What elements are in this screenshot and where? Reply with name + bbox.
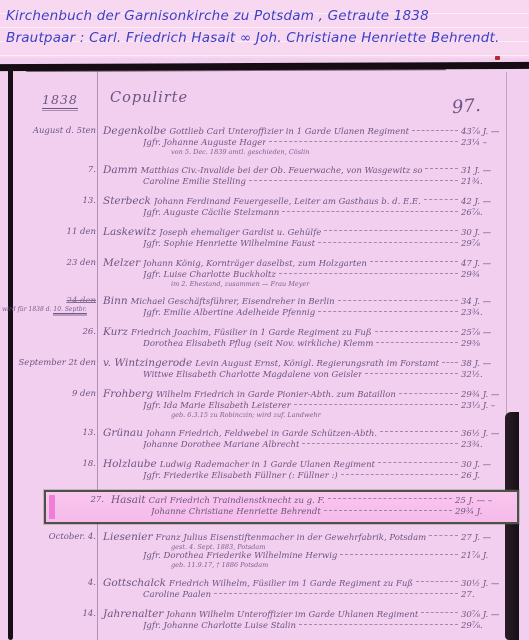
- groom-text: Ludwig Rademacher in 1 Garde Ulanen Regi…: [160, 460, 375, 471]
- groom-line: v. WintzingerodeLevin August Ernst, Köni…: [103, 358, 519, 370]
- dash-leader: [412, 130, 458, 131]
- bride-line: Jgfr. Luise Charlotte Buckholtz29¾: [103, 270, 519, 281]
- dash-leader: [416, 581, 458, 582]
- dash-leader: [318, 311, 458, 312]
- groom-surname: Kurz: [103, 327, 128, 338]
- age-value: 29⅞.: [461, 621, 519, 632]
- dash-leader: [302, 443, 458, 444]
- bride-line: Wittwe Elisabeth Charlotte Magdalene von…: [103, 370, 519, 381]
- register-page: 97. 1838 Copulirte August d. 5tenDegenko…: [0, 58, 529, 640]
- entry-date-cell: 11 den: [14, 227, 103, 238]
- groom-surname: Laskewitz: [103, 227, 156, 238]
- dash-leader: [429, 535, 458, 536]
- groom-line: LiesenierFranz Julius Eisenstiftenmacher…: [103, 532, 519, 544]
- dash-leader: [424, 199, 458, 200]
- age-value: 23¼ –: [461, 138, 519, 149]
- entry-date-cell: 27.: [56, 495, 111, 506]
- age-value: 25 J. — –: [455, 496, 513, 507]
- entry-date-cell: September 2t den: [14, 358, 103, 369]
- age-value: 27 J. —: [461, 533, 519, 544]
- register-entry: 7.DammMatthias Civ.-Invalide bei der Ob.…: [14, 165, 519, 188]
- bride-text: Jgfr. Ida Marie Elisabeth Leisterer: [143, 401, 291, 412]
- entry-date-cell: 23 den: [14, 258, 103, 269]
- bride-text: Caroline Paalen: [143, 590, 211, 601]
- groom-text: Wilhelm Friedrich in Garde Pionier-Abth.…: [156, 390, 396, 401]
- groom-text: Friedrich Joachim, Füsilier in 1 Garde R…: [131, 328, 372, 339]
- groom-surname: Binn: [103, 296, 128, 307]
- entry-subnote: geb. 11.9.17, † 1886 Potsdam: [103, 562, 519, 570]
- entry-body: MelzerJohann König, Kornträger daselbst,…: [103, 258, 519, 289]
- groom-line: MelzerJohann König, Kornträger daselbst,…: [103, 258, 519, 270]
- age-value: 38 J. —: [461, 359, 519, 370]
- groom-surname: Damm: [103, 165, 138, 176]
- groom-text: Friedrich Wilhelm, Füsilier im 1 Garde R…: [169, 579, 413, 590]
- register-entry: 23 denMelzerJohann König, Kornträger das…: [14, 258, 519, 289]
- entry-date: September 2t den: [18, 358, 96, 368]
- entry-date: 24 den: [67, 296, 96, 306]
- age-value: 21⅞ J.: [461, 551, 519, 562]
- groom-text: Johann König, Kornträger daselbst, zum H…: [143, 259, 367, 270]
- page-number: 97.: [451, 95, 481, 118]
- bride-line: Jgfr. Auguste Cäcilie Stelzmann26⅞.: [103, 208, 519, 219]
- bride-line: Jgfr. Friederike Elisabeth Füllner (: Fü…: [103, 471, 519, 482]
- bride-text: Jgfr. Johanne Auguste Hager: [143, 138, 266, 149]
- groom-line: GrünauJohann Friedrich, Feldwebel in Gar…: [103, 428, 519, 440]
- age-value: 23¾.: [461, 440, 519, 451]
- groom-line: GottschalckFriedrich Wilhelm, Füsilier i…: [103, 578, 519, 590]
- entry-date-cell: October. 4.: [14, 532, 103, 543]
- groom-surname: Frohberg: [103, 389, 153, 400]
- entry-subnote: gest. 4. Sept. 1883, Potsdam: [103, 544, 519, 552]
- entry-body: GrünauJohann Friedrich, Feldwebel in Gar…: [103, 428, 519, 451]
- groom-surname: Hasait: [111, 495, 146, 506]
- margin-note-date: 10. Septbr.: [53, 306, 86, 314]
- age-value: 31 J. —: [461, 166, 519, 177]
- age-value: 30 J. —: [461, 460, 519, 471]
- bride-line: Jgfr. Dorothea Friederike Wilhelmine Her…: [103, 551, 519, 562]
- groom-surname: Sterbeck: [103, 196, 151, 207]
- bride-line: Dorothea Elisabeth Pflug (seit Nov. wirk…: [103, 339, 519, 350]
- bride-text: Johanne Dorothee Mariane Albrecht: [143, 440, 299, 451]
- bride-text: Jgfr. Sophie Henriette Wilhelmine Faust: [143, 239, 315, 250]
- register-entry: 13.SterbeckJohann Ferdinand Feuergeselle…: [14, 196, 519, 219]
- entry-body: SterbeckJohann Ferdinand Feuergeselle, L…: [103, 196, 519, 219]
- bride-text: Wittwe Elisabeth Charlotte Magdalene von…: [143, 370, 362, 381]
- age-value: 43⅞ J. —: [461, 127, 519, 138]
- bride-text: Jgfr. Auguste Cäcilie Stelzmann: [143, 208, 279, 219]
- age-value: 29¾ J. —: [461, 390, 519, 401]
- groom-surname: Liesenier: [103, 532, 153, 543]
- entry-date-cell: 13.: [14, 428, 103, 439]
- bride-line: Caroline Emilie Stelling21¾.: [103, 177, 519, 188]
- dash-leader: [282, 211, 458, 212]
- entry-date: 4.: [88, 578, 96, 588]
- register-entry: 14.JahrenalterJohann Wilhelm Unteroffizi…: [14, 609, 519, 632]
- entry-body: HasaitCarl Friedrich Traindienstknecht z…: [111, 495, 513, 518]
- entry-body: v. WintzingerodeLevin August Ernst, Köni…: [103, 358, 519, 381]
- entry-date: 13.: [82, 196, 96, 206]
- register-entry: 18.HolzlaubeLudwig Rademacher in 1 Garde…: [14, 459, 519, 482]
- entry-date-cell: 14.: [14, 609, 103, 620]
- bride-text: Jgfr. Johanne Charlotte Luise Stalin: [143, 621, 296, 632]
- bride-text: Dorothea Elisabeth Pflug (seit Nov. wirk…: [143, 339, 373, 350]
- dash-leader: [341, 474, 458, 475]
- entry-date-cell: 24 denwird für 1838 d. 10. Septbr.: [14, 296, 103, 307]
- entry-date: 26.: [82, 327, 96, 337]
- register-entry: 11 denLaskewitzJoseph ehemaliger Gardist…: [14, 227, 519, 250]
- age-value: 25⅞ —: [461, 328, 519, 339]
- annotation-strip: Kirchenbuch der Garnisonkirche zu Potsda…: [0, 0, 529, 58]
- bride-line: Jgfr. Johanne Charlotte Luise Stalin29⅞.: [103, 621, 519, 632]
- dash-leader: [375, 331, 458, 332]
- groom-line: DammMatthias Civ.-Invalide bei der Ob. F…: [103, 165, 519, 177]
- age-value: 23⅓ J. –: [461, 401, 519, 412]
- groom-text: Franz Julius Eisenstiftenmacher in der G…: [156, 533, 427, 544]
- groom-line: KurzFriedrich Joachim, Füsilier in 1 Gar…: [103, 327, 519, 339]
- groom-line: LaskewitzJoseph ehemaliger Gardist u. Ge…: [103, 227, 519, 239]
- dash-leader: [380, 431, 458, 432]
- entry-date-cell: 26.: [14, 327, 103, 338]
- dash-leader: [249, 180, 458, 181]
- entry-date-cell: 18.: [14, 459, 103, 470]
- entry-subnote: geb. 6.3.15 zu Robinczin; wird zuf. Land…: [103, 412, 519, 420]
- register-entry: 26.KurzFriedrich Joachim, Füsilier in 1 …: [14, 327, 519, 350]
- entry-body: DegenkolbeGottlieb Carl Unteroffizier in…: [103, 126, 519, 157]
- entry-subnote: im 2. Ehestand, zusammen — Frau Meyer: [103, 281, 519, 289]
- groom-surname: Melzer: [103, 258, 140, 269]
- groom-line: HolzlaubeLudwig Rademacher in 1 Garde Ul…: [103, 459, 519, 471]
- entry-date: 11 den: [67, 227, 96, 237]
- age-value: 29⅜: [461, 339, 519, 350]
- annotation-line-2: Brautpaar : Carl. Friedrich Hasait ∞ Joh…: [6, 27, 529, 49]
- groom-text: Levin August Ernst, Königl. Regierungsra…: [195, 359, 439, 370]
- entry-body: JahrenalterJohann Wilhelm Unteroffizier …: [103, 609, 519, 632]
- entry-date: 7.: [88, 165, 96, 175]
- age-value: 23¾.: [461, 308, 519, 319]
- age-value: 47 J. —: [461, 259, 519, 270]
- groom-text: Carl Friedrich Traindienstknecht zu g. F…: [149, 496, 325, 507]
- register-entry: August d. 5tenDegenkolbeGottlieb Carl Un…: [14, 126, 519, 157]
- groom-text: Gottlieb Carl Unteroffizier in 1 Garde U…: [169, 127, 409, 138]
- entry-date-cell: 13.: [14, 196, 103, 207]
- bride-line: Jgfr. Johanne Auguste Hager23¼ –: [103, 138, 519, 149]
- groom-line: JahrenalterJohann Wilhelm Unteroffizier …: [103, 609, 519, 621]
- bride-text: Jgfr. Dorothea Friederike Wilhelmine Her…: [143, 551, 337, 562]
- dash-leader: [299, 624, 458, 625]
- age-value: 32½.: [461, 370, 519, 381]
- groom-line: FrohbergWilhelm Friedrich in Garde Pioni…: [103, 389, 519, 401]
- age-value: 29⅞: [461, 239, 519, 250]
- year-heading: 1838: [42, 92, 78, 109]
- entry-date: 27.: [90, 495, 104, 505]
- entry-body: KurzFriedrich Joachim, Füsilier in 1 Gar…: [103, 327, 519, 350]
- dash-leader: [338, 300, 458, 301]
- groom-surname: Grünau: [103, 428, 143, 439]
- register-entry: 9 denFrohbergWilhelm Friedrich in Garde …: [14, 389, 519, 420]
- dash-leader: [328, 498, 452, 499]
- dash-leader: [442, 362, 458, 363]
- bride-text: Johanne Christiane Henriette Behrendt: [151, 507, 321, 518]
- entry-date-cell: 4.: [14, 578, 103, 589]
- entry-date: August d. 5ten: [33, 126, 96, 136]
- age-value: 34 J. —: [461, 297, 519, 308]
- groom-text: Joseph ehemaliger Gardist u. Gehülfe: [159, 228, 321, 239]
- entry-date-cell: August d. 5ten: [14, 126, 103, 137]
- dash-leader: [324, 510, 452, 511]
- groom-text: Johann Ferdinand Feuergeselle, Leiter am…: [154, 197, 421, 208]
- margin-note: wird für 1838 d. 10. Septbr.: [2, 306, 98, 313]
- entry-body: HolzlaubeLudwig Rademacher in 1 Garde Ul…: [103, 459, 519, 482]
- page-title: Copulirte: [110, 90, 188, 106]
- entry-body: FrohbergWilhelm Friedrich in Garde Pioni…: [103, 389, 519, 420]
- entry-date-cell: 9 den: [14, 389, 103, 400]
- entry-body: LiesenierFranz Julius Eisenstiftenmacher…: [103, 532, 519, 570]
- age-value: 26⅞.: [461, 208, 519, 219]
- bride-text: Jgfr. Luise Charlotte Buckholtz: [143, 270, 276, 281]
- age-value: 42 J. —: [461, 197, 519, 208]
- age-value: 30½ J. —: [461, 579, 519, 590]
- bride-line: Caroline Paalen27.: [103, 590, 519, 601]
- age-value: 29¾: [461, 270, 519, 281]
- scanned-church-register-screenshot: Kirchenbuch der Garnisonkirche zu Potsda…: [0, 0, 529, 640]
- groom-line: BinnMichael Geschäftsführer, Eisendreher…: [103, 296, 519, 308]
- groom-line: DegenkolbeGottlieb Carl Unteroffizier in…: [103, 126, 519, 138]
- bride-line: Jgfr. Ida Marie Elisabeth Leisterer23⅓ J…: [103, 401, 519, 412]
- entries-list: August d. 5tenDegenkolbeGottlieb Carl Un…: [14, 126, 519, 640]
- register-entry: 4.GottschalckFriedrich Wilhelm, Füsilier…: [14, 578, 519, 601]
- entry-date: 18.: [82, 459, 96, 469]
- bride-text: Caroline Emilie Stelling: [143, 177, 246, 188]
- groom-surname: Jahrenalter: [103, 609, 163, 620]
- bride-line: Johanne Dorothee Mariane Albrecht23¾.: [103, 440, 519, 451]
- dash-leader: [279, 273, 458, 274]
- entry-date: 13.: [82, 428, 96, 438]
- dash-leader: [399, 393, 458, 394]
- entry-date: 9 den: [72, 389, 96, 399]
- age-value: 27.: [461, 590, 519, 601]
- dash-leader: [269, 141, 458, 142]
- groom-line: SterbeckJohann Ferdinand Feuergeselle, L…: [103, 196, 519, 208]
- dash-leader: [318, 242, 458, 243]
- age-value: 30 J. —: [461, 228, 519, 239]
- dash-leader: [370, 261, 458, 262]
- red-ink-dot: [495, 56, 500, 60]
- dash-leader: [376, 342, 458, 343]
- dash-leader: [425, 168, 458, 169]
- bride-line: Johanne Christiane Henriette Behrendt29¾…: [111, 507, 513, 518]
- groom-text: Johann Wilhelm Unteroffizier im Garde Uh…: [166, 610, 418, 621]
- bride-line: Jgfr. Emilie Albertine Adelheide Pfennig…: [103, 308, 519, 319]
- groom-surname: v. Wintzingerode: [103, 358, 192, 369]
- dash-leader: [378, 462, 458, 463]
- age-value: 26 J.: [461, 471, 519, 482]
- age-value: 29¾ J.: [455, 507, 513, 518]
- dash-leader: [340, 554, 458, 555]
- entry-date-cell: 7.: [14, 165, 103, 176]
- margin-note-text: wird für 1838 d.: [2, 306, 53, 313]
- bride-line: Jgfr. Sophie Henriette Wilhelmine Faust2…: [103, 239, 519, 250]
- dash-leader: [294, 404, 458, 405]
- age-value: 21¾.: [461, 177, 519, 188]
- register-entry: 27.HasaitCarl Friedrich Traindienstknech…: [44, 490, 519, 524]
- age-value: 30⅞ J. —: [461, 610, 519, 621]
- groom-text: Michael Geschäftsführer, Eisendreher in …: [131, 297, 335, 308]
- entry-date: 23 den: [67, 258, 96, 268]
- bride-text: Jgfr. Emilie Albertine Adelheide Pfennig: [143, 308, 315, 319]
- age-value: 36½ J. —: [461, 429, 519, 440]
- page-top-edge: [0, 62, 529, 71]
- groom-surname: Degenkolbe: [103, 126, 166, 137]
- entry-body: GottschalckFriedrich Wilhelm, Füsilier i…: [103, 578, 519, 601]
- entry-date: 14.: [82, 609, 96, 619]
- register-entry: 24 denwird für 1838 d. 10. Septbr.BinnMi…: [14, 296, 519, 319]
- groom-surname: Holzlaube: [103, 459, 157, 470]
- dash-leader: [365, 373, 458, 374]
- entry-subnote: von 5. Dec. 1839 amtl. geschieden, Cösli…: [103, 149, 519, 157]
- entry-body: LaskewitzJoseph ehemaliger Gardist u. Ge…: [103, 227, 519, 250]
- page-left-edge: [8, 67, 13, 640]
- dash-leader: [324, 230, 458, 231]
- entry-body: DammMatthias Civ.-Invalide bei der Ob. F…: [103, 165, 519, 188]
- bride-text: Jgfr. Friederike Elisabeth Füllner (: Fü…: [143, 471, 338, 482]
- groom-line: HasaitCarl Friedrich Traindienstknecht z…: [111, 495, 513, 507]
- entry-date: October. 4.: [49, 532, 96, 542]
- dash-leader: [214, 593, 458, 594]
- dash-leader: [421, 612, 458, 613]
- register-entry: September 2t denv. WintzingerodeLevin Au…: [14, 358, 519, 381]
- entry-body: BinnMichael Geschäftsführer, Eisendreher…: [103, 296, 519, 319]
- annotation-line-1: Kirchenbuch der Garnisonkirche zu Potsda…: [6, 5, 529, 27]
- groom-text: Johann Friedrich, Feldwebel in Garde Sch…: [146, 429, 377, 440]
- groom-text: Matthias Civ.-Invalide bei der Ob. Feuer…: [141, 166, 423, 177]
- register-entry: 13.GrünauJohann Friedrich, Feldwebel in …: [14, 428, 519, 451]
- register-entry: October. 4.LiesenierFranz Julius Eisenst…: [14, 532, 519, 570]
- groom-surname: Gottschalck: [103, 578, 166, 589]
